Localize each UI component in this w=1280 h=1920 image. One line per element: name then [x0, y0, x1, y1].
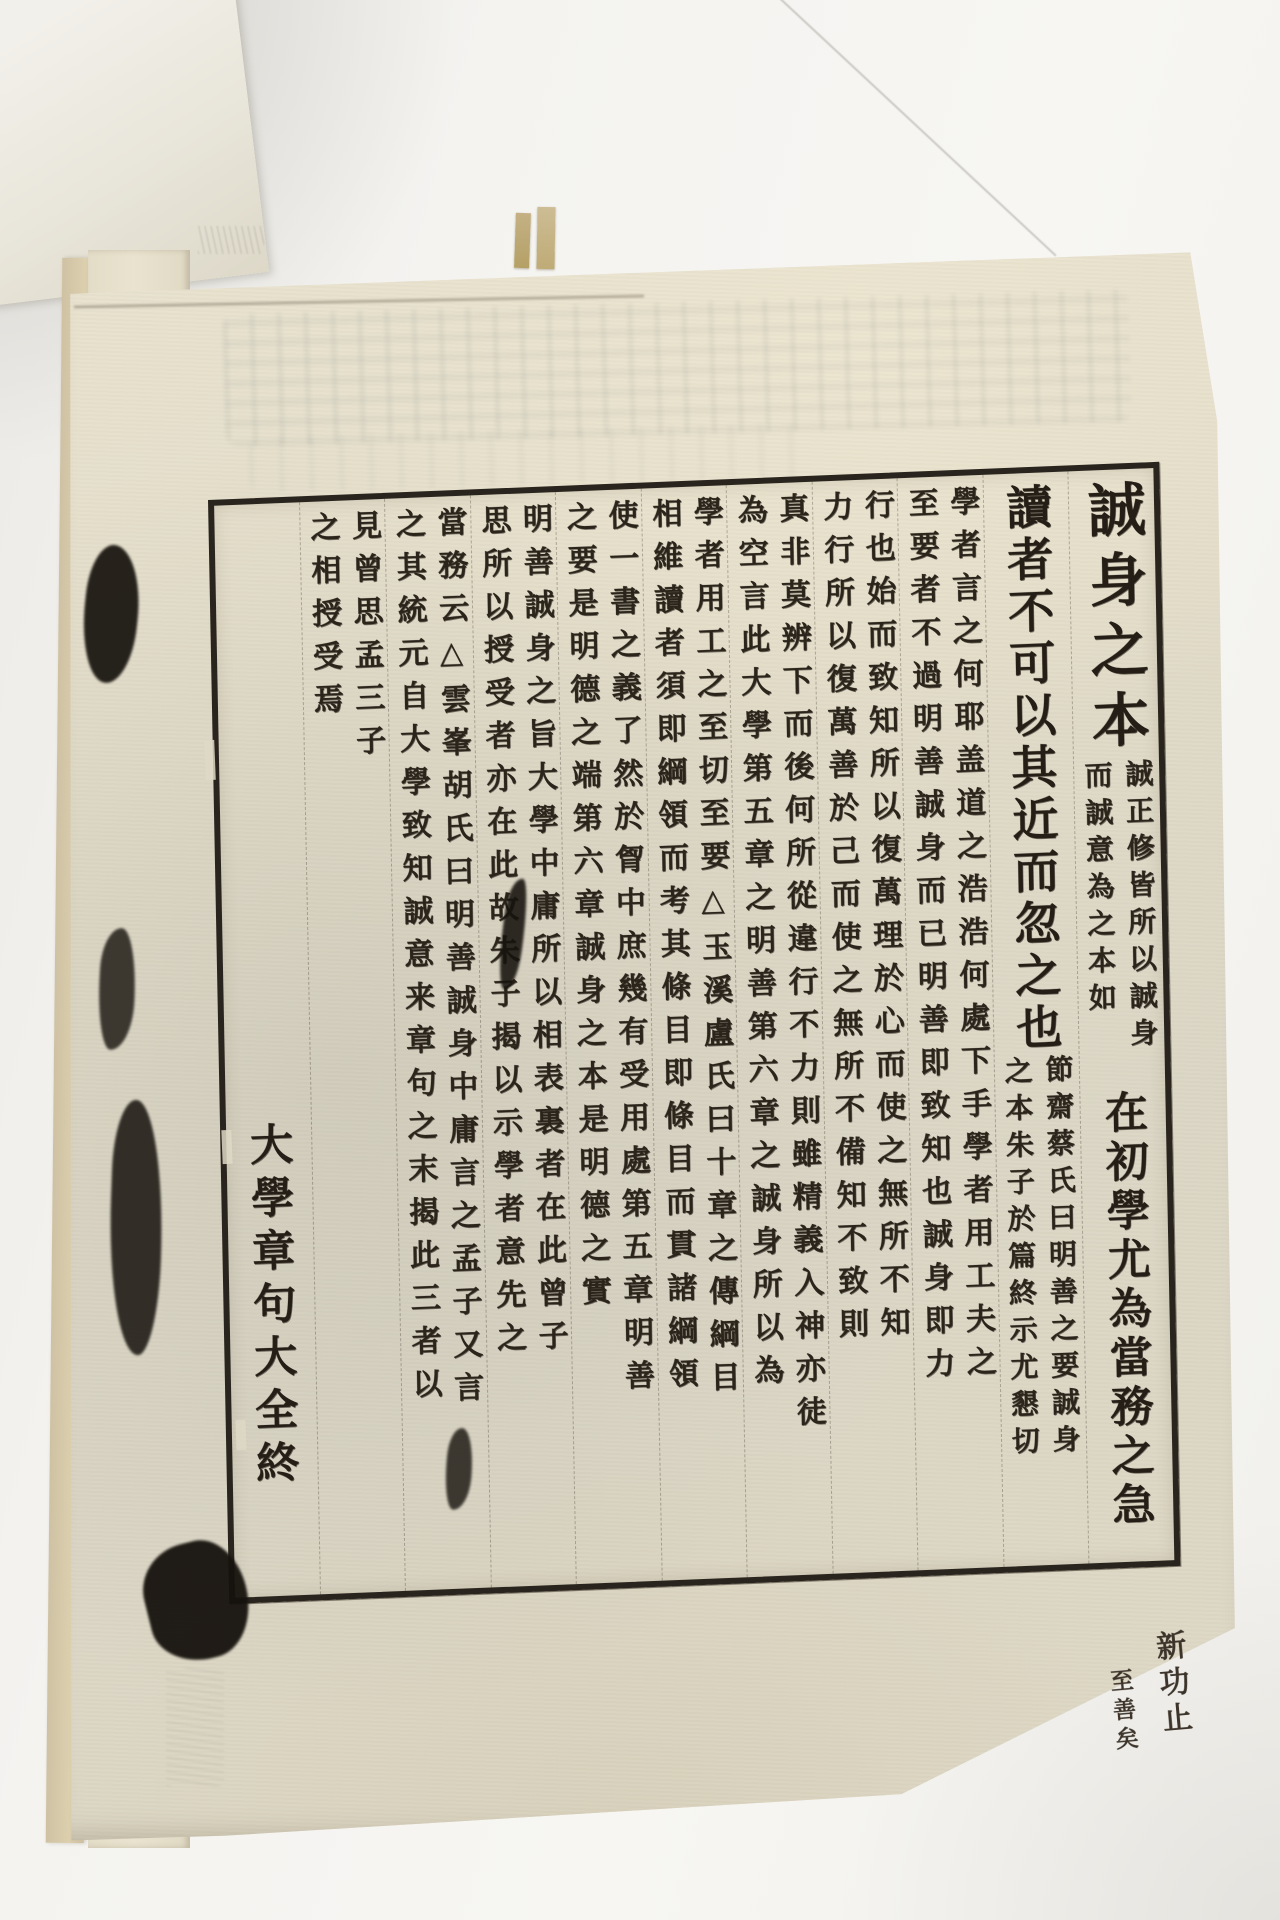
- note-right: 誠正修皆所以誠身: [1118, 758, 1162, 1090]
- handwritten-note-right: 新功止: [1144, 1628, 1204, 1821]
- pencil-smudge: [198, 226, 264, 254]
- main-text: 誠身之本: [1069, 478, 1158, 761]
- interlinear-note: 節齋蔡氏曰明善之要誠身 之本朱子於篇終示尤懇切: [995, 1053, 1089, 1566]
- paper-repair-tab: [536, 207, 555, 269]
- interlinear-note: 誠正修皆所以誠身 而誠意為之本如: [1074, 758, 1165, 1091]
- photo-background: 誠身之本 誠正修皆所以誠身 而誠意為之本如 在初學尤為當務之急 讀者不可以其近而…: [0, 0, 1280, 1920]
- note-left: 而誠意為之本如: [1077, 760, 1121, 1092]
- main-text: 讀者不可以其近而忽之也: [993, 482, 1070, 1057]
- note-right: 節齋蔡氏曰明善之要誠身: [1038, 1054, 1086, 1566]
- commentary-left: 之相授受焉: [301, 511, 347, 843]
- verso-text-show-through: [223, 289, 1131, 446]
- paper-repair-tab: [514, 213, 531, 268]
- main-text: 在初學尤為當務之急: [1093, 1089, 1162, 1532]
- note-left: 之本朱子於篇終示尤懇切: [997, 1055, 1045, 1567]
- text-block-border: 誠身之本 誠正修皆所以誠身 而誠意為之本如 在初學尤為當務之急 讀者不可以其近而…: [208, 462, 1180, 1604]
- border-ink-gap: [221, 1130, 232, 1164]
- paper-crease-line: [748, 0, 1057, 256]
- handwritten-note-left: 至善矣: [1103, 1667, 1149, 1825]
- commentary-right: 見曾思孟三子: [343, 509, 389, 841]
- ending-mark: 大學章句大全終: [238, 1121, 306, 1494]
- handwritten-note: 新功止 至善矣: [1088, 1627, 1216, 1826]
- commentary-pair: 見曾思孟三子 之相授受焉: [300, 509, 391, 842]
- border-ink-gap: [204, 740, 216, 780]
- border-ink-gap: [235, 1420, 246, 1450]
- pencil-smudge: [166, 1668, 224, 1786]
